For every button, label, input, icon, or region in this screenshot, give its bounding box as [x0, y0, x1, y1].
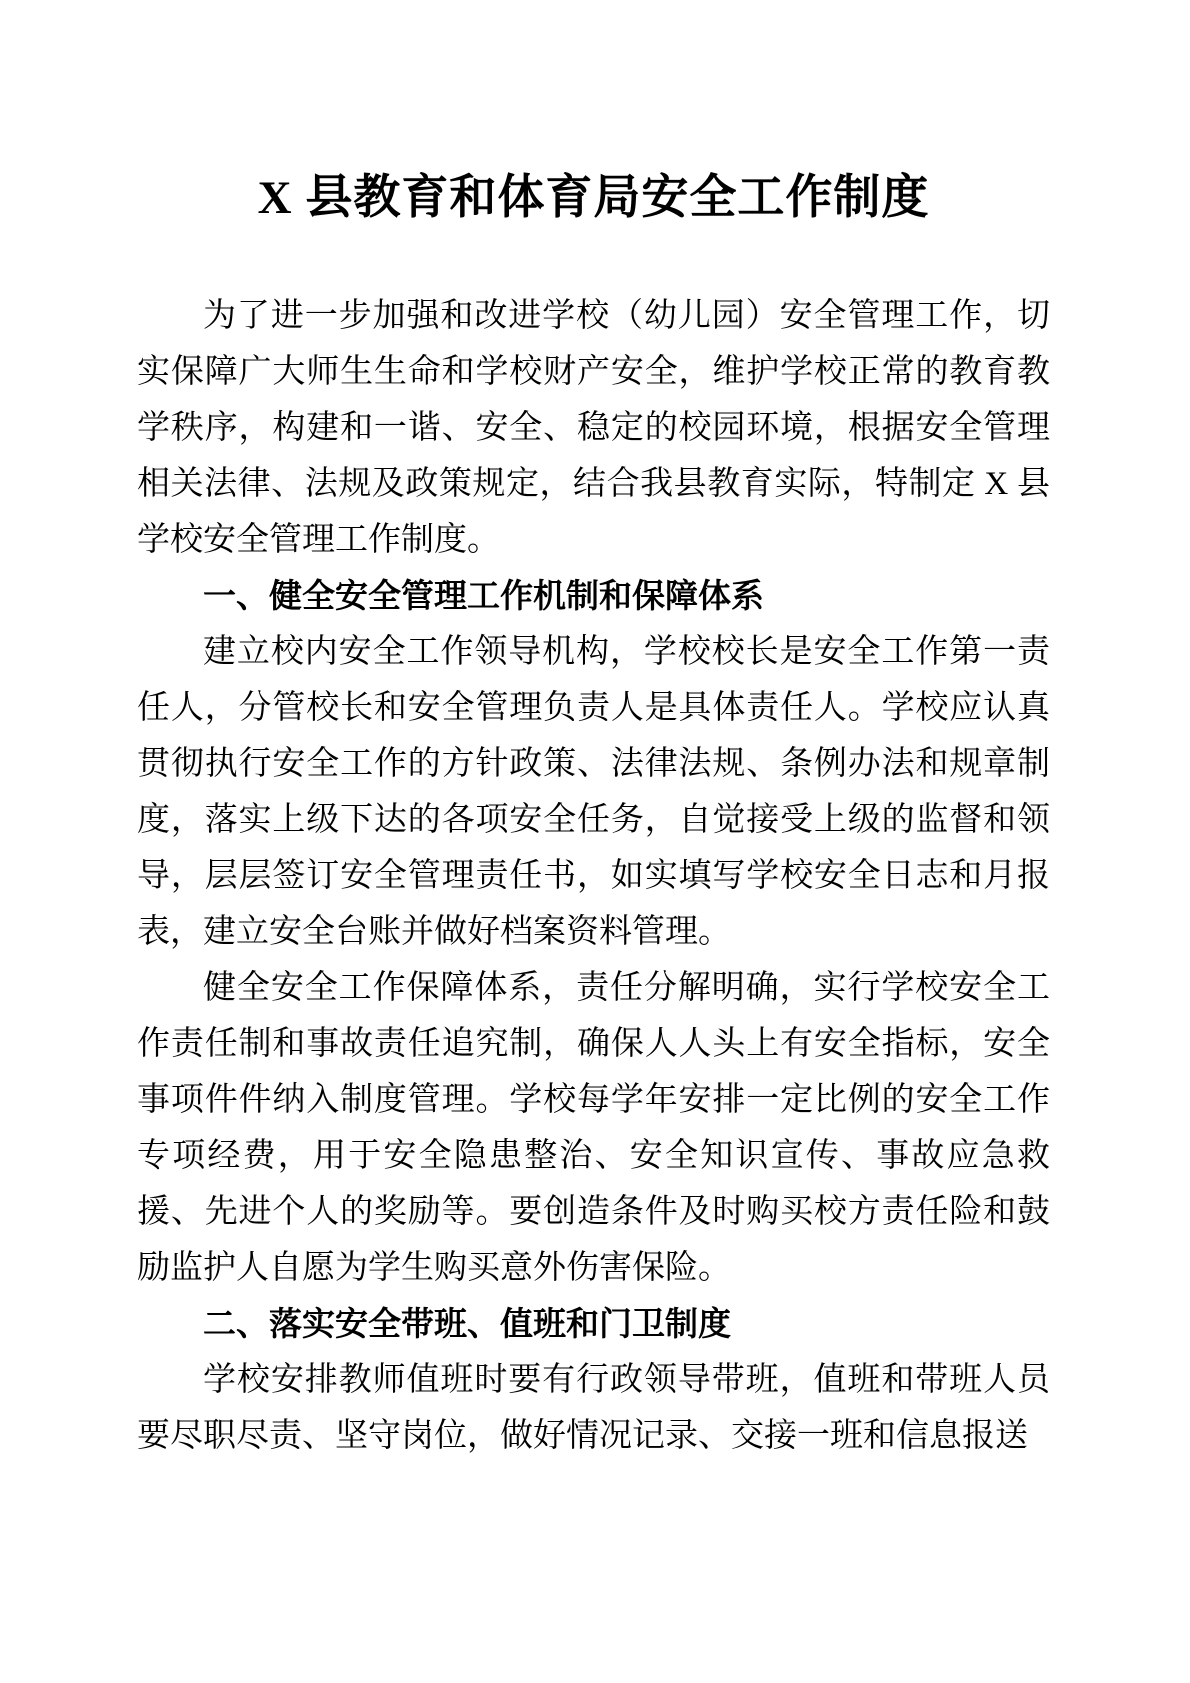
body-paragraph: 建立校内安全工作领导机构，学校校长是安全工作第一责任人，分管校长和安全管理负责人… — [137, 624, 1050, 960]
body-paragraph: 为了进一步加强和改进学校（幼儿园）安全管理工作，切实保障广大师生生命和学校财产安… — [137, 288, 1050, 568]
body-paragraph: 健全安全工作保障体系，责任分解明确，实行学校安全工作责任制和事故责任追究制，确保… — [137, 960, 1050, 1296]
body-paragraph: 学校安排教师值班时要有行政领导带班，值班和带班人员要尽职尽责、坚守岗位，做好情况… — [137, 1352, 1050, 1464]
section-heading: 二、落实安全带班、值班和门卫制度 — [137, 1296, 1050, 1352]
document-title: X 县教育和体育局安全工作制度 — [137, 167, 1050, 229]
section-heading: 一、健全安全管理工作机制和保障体系 — [137, 568, 1050, 624]
document-body: 为了进一步加强和改进学校（幼儿园）安全管理工作，切实保障广大师生生命和学校财产安… — [137, 288, 1050, 1464]
document-content: X 县教育和体育局安全工作制度 为了进一步加强和改进学校（幼儿园）安全管理工作，… — [137, 0, 1050, 1464]
document-page: X 县教育和体育局安全工作制度 为了进一步加强和改进学校（幼儿园）安全管理工作，… — [0, 0, 1190, 1683]
